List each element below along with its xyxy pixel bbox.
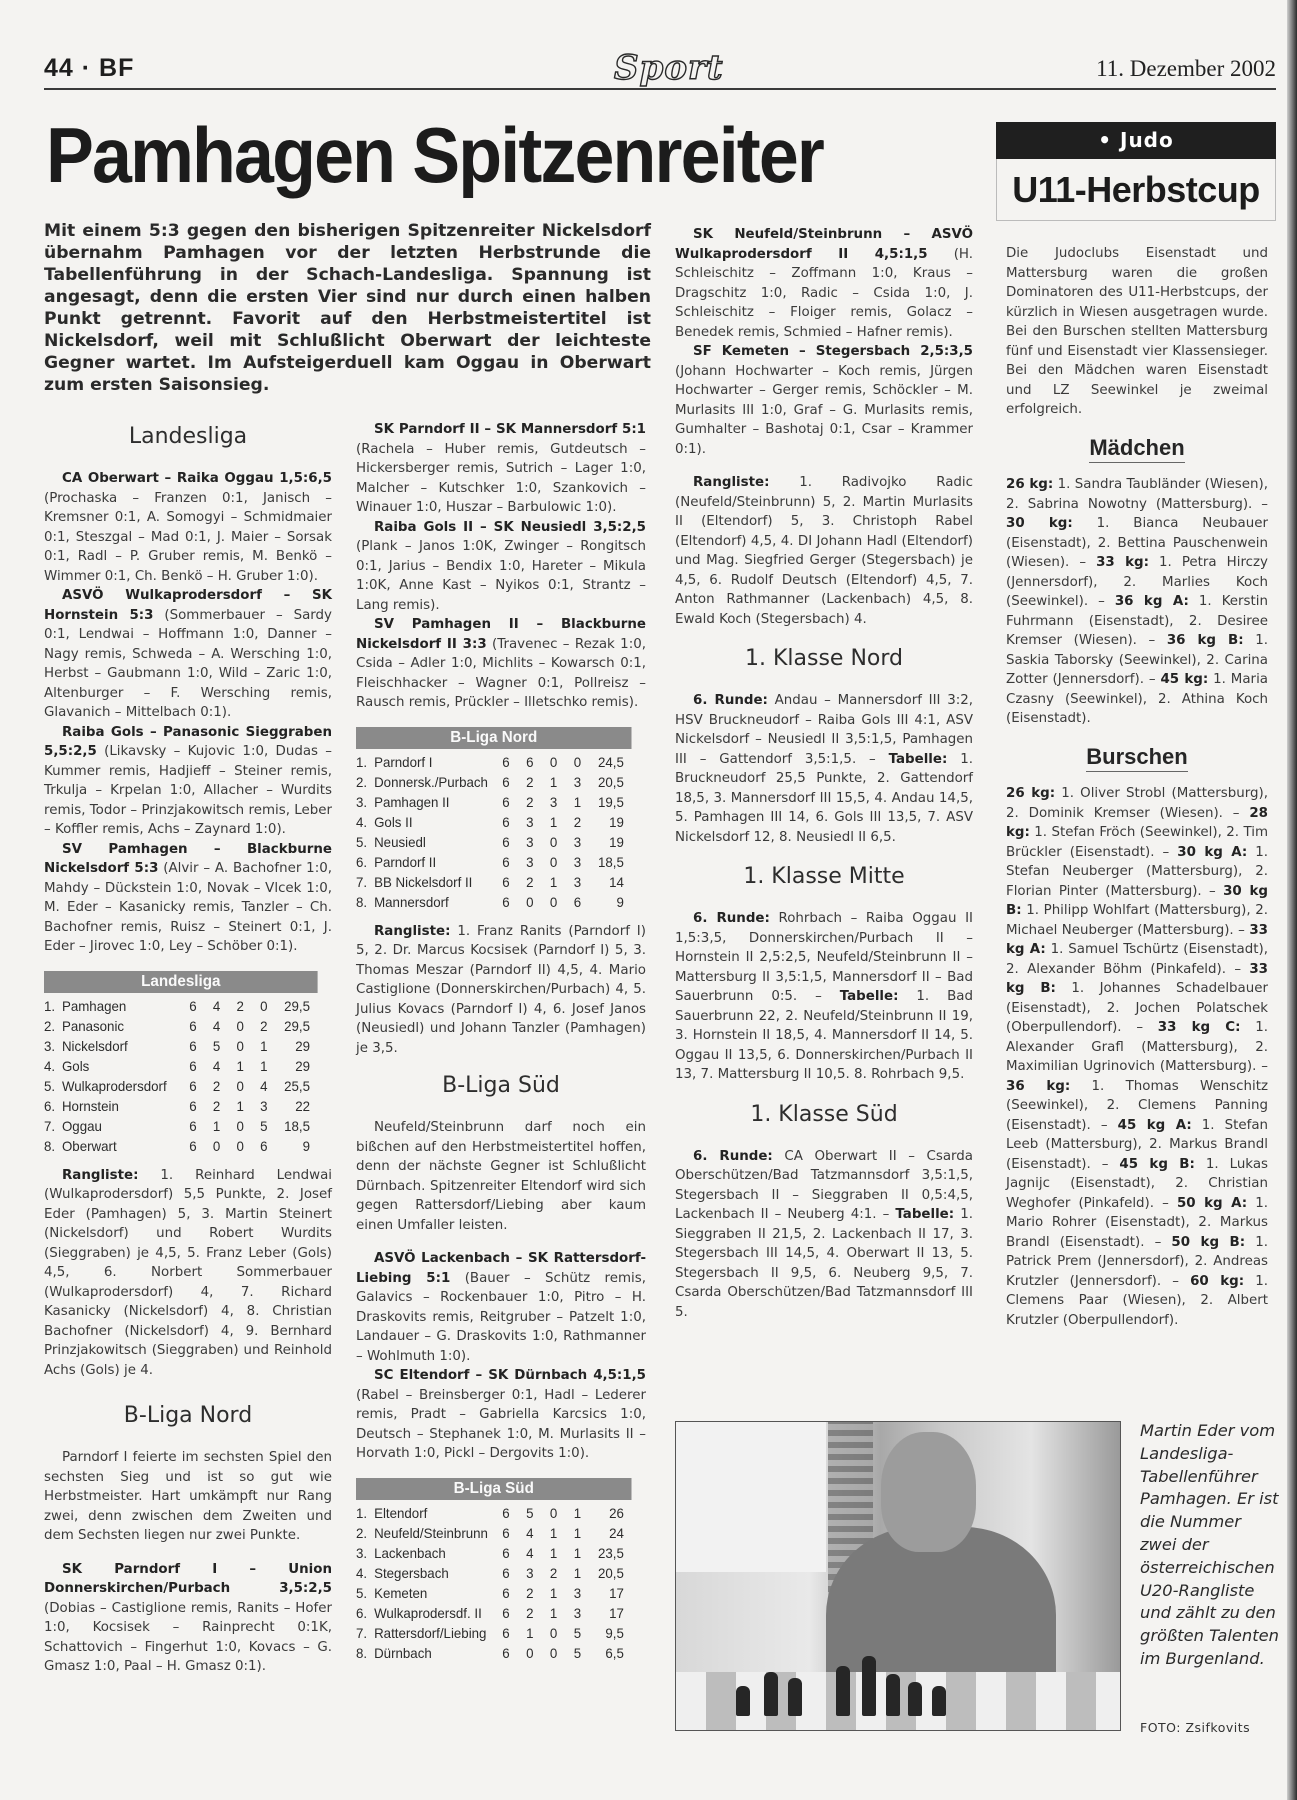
points: 20,5 [589, 772, 631, 792]
tabelle-label: Tabelle: [840, 989, 899, 1004]
won: 6 [518, 752, 542, 772]
lead-paragraph: Mit einem 5:3 gegen den bisherigen Spitz… [44, 220, 651, 396]
team: Oberwart [62, 1136, 181, 1156]
drawn: 0 [542, 892, 566, 912]
result-text: 1. Philipp Wohlfart (Mattersburg), 2. Mi… [1006, 903, 1268, 938]
subhead-klasse-sued: 1. Klasse Süd [675, 1101, 973, 1129]
runde-label: 6. Runde: [693, 1149, 773, 1164]
points: 17 [589, 1583, 631, 1603]
issue-date: 11. Dezember 2002 [1096, 56, 1276, 82]
chess-piece-icon [764, 1672, 778, 1716]
section-logo: Sport [614, 48, 724, 88]
tabelle-label: Tabelle: [895, 1207, 954, 1222]
chess-piece-icon [788, 1678, 802, 1716]
won: 4 [205, 1016, 229, 1036]
table-row: 8.Dürnbach60056,5 [356, 1643, 632, 1663]
rangliste-bliga-sued: Rangliste: 1. Radivojko Radic (Neufeld/S… [675, 473, 973, 629]
played: 6 [494, 832, 518, 852]
team: Pamhagen II [374, 792, 494, 812]
game-match: SC Eltendorf – SK Dürnbach 4,5:1,5 [374, 1368, 646, 1383]
team: Pamhagen [62, 996, 181, 1016]
game-report: SV Pamhagen – Blackburne Nickelsdorf 5:3… [44, 840, 332, 957]
game-details: (Johann Hochwarter – Koch remis, Jürgen … [675, 364, 973, 457]
rank: 7. [356, 872, 374, 892]
weight-class: 26 kg: [1006, 786, 1055, 801]
played: 6 [494, 1603, 518, 1623]
won: 2 [205, 1076, 229, 1096]
played: 6 [494, 752, 518, 772]
drawn: 0 [228, 1136, 252, 1156]
game-report: SC Eltendorf – SK Dürnbach 4,5:1,5 (Rabe… [356, 1366, 646, 1464]
chess-piece-icon [932, 1686, 946, 1716]
subhead-klasse-nord: 1. Klasse Nord [675, 645, 973, 673]
game-report: ASVÖ Wulkaprodersdorf – SK Hornstein 5:3… [44, 586, 332, 723]
table-row: 7.BB Nickelsdorf II621314 [356, 872, 632, 892]
won: 4 [518, 1523, 542, 1543]
table-row: 2.Panasonic640229,5 [44, 1016, 318, 1036]
team: Rattersdorf/Liebing [374, 1623, 494, 1643]
lost: 3 [566, 1603, 590, 1623]
rank: 1. [356, 1503, 374, 1523]
points: 18,5 [276, 1116, 318, 1136]
standings-table-landesliga: Landesliga 1.Pamhagen642029,5 2.Panasoni… [44, 971, 318, 1156]
column-3: SK Neufeld/Steinbrunn – ASVÖ Wulkaproder… [675, 225, 973, 1322]
subhead-maedchen: Mädchen [1006, 438, 1268, 462]
played: 6 [494, 872, 518, 892]
drawn: 1 [542, 1543, 566, 1563]
rangliste-landesliga: Rangliste: 1. Reinhard Lendwai (Wulkapro… [44, 1166, 332, 1381]
drawn: 0 [228, 1016, 252, 1036]
tabelle-text: 1. Sieggraben II 21,5, 2. Lackenbach II … [675, 1207, 973, 1320]
table-row: 5.Kemeten621317 [356, 1583, 632, 1603]
drawn: 0 [542, 1503, 566, 1523]
points: 19 [589, 812, 631, 832]
weight-class: 36 kg A: [1115, 594, 1189, 609]
points: 22 [276, 1096, 318, 1116]
table-row: 4.Gols II631219 [356, 812, 632, 832]
points: 6,5 [589, 1643, 631, 1663]
played: 6 [494, 852, 518, 872]
rank: 3. [356, 1543, 374, 1563]
played: 6 [494, 792, 518, 812]
played: 6 [494, 772, 518, 792]
won: 4 [205, 1056, 229, 1076]
won: 3 [518, 1563, 542, 1583]
table-row: 2.Donnersk./Purbach621320,5 [356, 772, 632, 792]
lost: 2 [566, 812, 590, 832]
chess-piece-icon [736, 1686, 750, 1716]
weight-class: 33 kg: [1096, 555, 1149, 570]
won: 4 [518, 1543, 542, 1563]
won: 0 [518, 1643, 542, 1663]
won: 0 [205, 1136, 229, 1156]
team: Eltendorf [374, 1503, 494, 1523]
rank: 7. [356, 1623, 374, 1643]
table-row: 6.Parndorf II630318,5 [356, 852, 632, 872]
rank: 5. [356, 1583, 374, 1603]
drawn: 0 [542, 1643, 566, 1663]
points: 9,5 [589, 1623, 631, 1643]
table-row: 3.Lackenbach641123,5 [356, 1543, 632, 1563]
drawn: 1 [228, 1056, 252, 1076]
rangliste-label: Rangliste: [374, 924, 450, 939]
points: 17 [589, 1603, 631, 1623]
page-number: 44 · BF [44, 54, 134, 83]
result-text: 1. Samuel Tschürtz (Eisenstadt), 2. Alex… [1006, 942, 1268, 977]
team: Neufeld/Steinbrunn [374, 1523, 494, 1543]
team: Gols II [374, 812, 494, 832]
team: Stegersbach [374, 1563, 494, 1583]
masthead: 44 · BF Sport 11. Dezember 2002 [44, 48, 1276, 90]
won: 2 [518, 772, 542, 792]
chess-piece-icon [836, 1666, 850, 1716]
game-details: (Rabel – Breinsberger 0:1, Hadl – Ledere… [356, 1388, 646, 1462]
photo-caption: Martin Eder vom Landesliga-Tabellenführe… [1140, 1420, 1280, 1671]
weight-class: 36 kg: [1006, 1079, 1070, 1094]
played: 6 [494, 1523, 518, 1543]
subhead-bliga-nord: B-Liga Nord [44, 1402, 332, 1430]
points: 24 [589, 1523, 631, 1543]
lost: 1 [252, 1056, 276, 1076]
played: 6 [181, 1096, 205, 1116]
lost: 1 [252, 1036, 276, 1056]
column-2: SK Parndorf II – SK Mannersdorf 5:1 (Rac… [356, 420, 646, 1673]
klasse-nord-report: 6. Runde: Andau – Mannersdorf III 3:2, H… [675, 691, 973, 847]
points: 26 [589, 1503, 631, 1523]
drawn: 1 [542, 812, 566, 832]
table-row: 6.Hornstein621322 [44, 1096, 318, 1116]
won: 5 [205, 1036, 229, 1056]
game-match: CA Oberwart – Raika Oggau 1,5:6,5 [62, 471, 332, 486]
drawn: 0 [542, 1623, 566, 1643]
chess-piece-icon [908, 1682, 922, 1716]
runde-label: 6. Runde: [693, 911, 770, 926]
played: 6 [181, 996, 205, 1016]
table-row: 4.Gols641129 [44, 1056, 318, 1076]
drawn: 0 [228, 1116, 252, 1136]
team: Gols [62, 1056, 181, 1076]
rank: 6. [44, 1096, 62, 1116]
team: Lackenbach [374, 1543, 494, 1563]
game-report: SK Parndorf II – SK Mannersdorf 5:1 (Rac… [356, 420, 646, 518]
game-match: SF Kemeten – Stegersbach 2,5:3,5 [693, 344, 973, 359]
lost: 3 [566, 852, 590, 872]
subhead-bliga-sued: B-Liga Süd [356, 1072, 646, 1100]
weight-class: 50 kg B: [1171, 1235, 1245, 1250]
team: Dürnbach [374, 1643, 494, 1663]
rank: 8. [356, 1643, 374, 1663]
won: 2 [518, 872, 542, 892]
points: 25,5 [276, 1076, 318, 1096]
points: 19 [589, 832, 631, 852]
played: 6 [181, 1116, 205, 1136]
subhead-burschen-label: Burschen [1086, 744, 1187, 772]
rank: 4. [44, 1056, 62, 1076]
table-row: 4.Stegersbach632120,5 [356, 1563, 632, 1583]
runde-label: 6. Runde: [693, 693, 768, 708]
drawn: 1 [228, 1096, 252, 1116]
lost: 1 [566, 1563, 590, 1583]
game-report: Raiba Gols – Panasonic Sieggraben 5,5:2,… [44, 723, 332, 840]
won: 2 [518, 792, 542, 812]
weight-class: 45 kg: [1160, 672, 1208, 687]
team: Kemeten [374, 1583, 494, 1603]
photo-window [676, 1422, 826, 1572]
rangliste-label: Rangliste: [693, 475, 769, 490]
rank: 8. [44, 1136, 62, 1156]
table-row: 6.Wulkaprodersdf. II621317 [356, 1603, 632, 1623]
team: Wulkaprodersdf. II [374, 1603, 494, 1623]
results-maedchen: 26 kg: 1. Sandra Taubländer (Wiesen), 2.… [1006, 475, 1268, 729]
weight-class: 50 kg A: [1177, 1196, 1247, 1211]
played: 6 [494, 1623, 518, 1643]
column-1: Landesliga CA Oberwart – Raika Oggau 1,5… [44, 415, 332, 1677]
rank: 2. [44, 1016, 62, 1036]
standings-table-bliga-nord: B-Liga Nord 1.Parndorf I660024,5 2.Donne… [356, 727, 632, 912]
drawn: 1 [542, 1523, 566, 1543]
bliga-sued-intro: Neufeld/Steinbrunn darf noch ein bißchen… [356, 1118, 646, 1235]
judo-section-band: • Judo [996, 122, 1276, 159]
team: Donnersk./Purbach [374, 772, 494, 792]
played: 6 [494, 812, 518, 832]
subhead-klasse-mitte: 1. Klasse Mitte [675, 863, 973, 891]
points: 18,5 [589, 852, 631, 872]
points: 19,5 [589, 792, 631, 812]
game-report: SK Neufeld/Steinbrunn – ASVÖ Wulkaproder… [675, 225, 973, 342]
table-row: 7.Rattersdorf/Liebing61059,5 [356, 1623, 632, 1643]
won: 3 [518, 812, 542, 832]
klasse-mitte-report: 6. Runde: Rohrbach – Raiba Oggau II 1,5:… [675, 909, 973, 1085]
team: Neusiedl [374, 832, 494, 852]
game-report: Raiba Gols II – SK Neusiedl 3,5:2,5 (Pla… [356, 518, 646, 616]
game-match: SK Parndorf II – SK Mannersdorf 5:1 [374, 422, 646, 437]
drawn: 0 [542, 752, 566, 772]
weight-class: 36 kg B: [1167, 633, 1244, 648]
lost: 3 [566, 772, 590, 792]
rank: 3. [356, 792, 374, 812]
table-row: 2.Neufeld/Steinbrunn641124 [356, 1523, 632, 1543]
played: 6 [494, 1583, 518, 1603]
rank: 1. [356, 752, 374, 772]
lost: 6 [566, 892, 590, 912]
lost: 3 [566, 1583, 590, 1603]
team: BB Nickelsdorf II [374, 872, 494, 892]
played: 6 [494, 1643, 518, 1663]
lost: 1 [566, 1523, 590, 1543]
tabelle-label: Tabelle: [889, 752, 948, 767]
table-row: 1.Eltendorf650126 [356, 1503, 632, 1523]
played: 6 [181, 1056, 205, 1076]
table-row: 3.Nickelsdorf650129 [44, 1036, 318, 1056]
lost: 1 [566, 1543, 590, 1563]
weight-class: 33 kg C: [1158, 1020, 1241, 1035]
lost: 1 [566, 1503, 590, 1523]
played: 6 [494, 892, 518, 912]
game-details: (Prochaska – Franzen 0:1, Janisch – Krem… [44, 491, 332, 584]
rank: 1. [44, 996, 62, 1016]
judo-title: U11-Herbstcup [996, 159, 1276, 221]
table-title: B-Liga Süd [356, 1478, 632, 1500]
table-row: 5.Wulkaprodersdorf620425,5 [44, 1076, 318, 1096]
headline: Pamhagen Spitzenreiter [46, 110, 823, 201]
game-details: (Sommerbauer – Sardy 0:1, Lendwai – Hoff… [44, 608, 332, 721]
won: 0 [518, 892, 542, 912]
drawn: 1 [542, 1583, 566, 1603]
lost: 3 [566, 872, 590, 892]
judo-box: • Judo U11-Herbstcup [996, 122, 1276, 221]
table-row: 8.Oberwart60069 [44, 1136, 318, 1156]
table-row: 8.Mannersdorf60069 [356, 892, 632, 912]
lost: 5 [566, 1643, 590, 1663]
points: 29 [276, 1056, 318, 1076]
game-report: SF Kemeten – Stegersbach 2,5:3,5 (Johann… [675, 342, 973, 459]
points: 9 [589, 892, 631, 912]
played: 6 [181, 1036, 205, 1056]
chess-piece-icon [862, 1656, 876, 1716]
rank: 7. [44, 1116, 62, 1136]
rangliste-text: 1. Reinhard Lendwai (Wulkaprodersdorf) 5… [44, 1168, 332, 1378]
played: 6 [494, 1503, 518, 1523]
played: 6 [494, 1543, 518, 1563]
won: 1 [205, 1116, 229, 1136]
rank: 4. [356, 812, 374, 832]
rank: 4. [356, 1563, 374, 1583]
points: 29,5 [276, 996, 318, 1016]
team: Panasonic [62, 1016, 181, 1036]
weight-class: 30 kg A: [1177, 845, 1247, 860]
table-row: 7.Oggau610518,5 [44, 1116, 318, 1136]
lost: 0 [252, 996, 276, 1016]
chess-player-photo [675, 1421, 1121, 1731]
game-details: (Plank – Janos 1:0K, Zwinger – Rongitsch… [356, 539, 646, 613]
lost: 6 [252, 1136, 276, 1156]
rank: 6. [356, 1603, 374, 1623]
photo-credit: FOTO: Zsifkovits [1140, 1720, 1250, 1735]
points: 29,5 [276, 1016, 318, 1036]
rangliste-label: Rangliste: [62, 1168, 138, 1183]
table-row: 5.Neusiedl630319 [356, 832, 632, 852]
team: Mannersdorf [374, 892, 494, 912]
lost: 1 [566, 792, 590, 812]
game-details: (Rachela – Huber remis, Gutdeutsch – Hic… [356, 442, 646, 516]
standings-table-bliga-sued: B-Liga Süd 1.Eltendorf650126 2.Neufeld/S… [356, 1478, 632, 1663]
weight-class: 30 kg: [1006, 516, 1073, 531]
game-report: SK Parndorf I – Union Donnerskirchen/Pur… [44, 1560, 332, 1677]
lost: 5 [566, 1623, 590, 1643]
drawn: 0 [542, 832, 566, 852]
game-match: Raiba Gols II – SK Neusiedl 3,5:2,5 [374, 520, 646, 535]
points: 29 [276, 1036, 318, 1056]
game-report: SV Pamhagen II – Blackburne Nickelsdorf … [356, 615, 646, 713]
points: 24,5 [589, 752, 631, 772]
team: Parndorf II [374, 852, 494, 872]
team: Parndorf I [374, 752, 494, 772]
team: Wulkaprodersdorf [62, 1076, 181, 1096]
chess-piece-icon [886, 1674, 900, 1716]
rank: 8. [356, 892, 374, 912]
played: 6 [494, 1563, 518, 1583]
klasse-sued-report: 6. Runde: CA Oberwart II – Csarda Obersc… [675, 1147, 973, 1323]
lost: 0 [566, 752, 590, 772]
rank: 2. [356, 772, 374, 792]
won: 2 [518, 1583, 542, 1603]
table-row: 1.Parndorf I660024,5 [356, 752, 632, 772]
drawn: 2 [542, 1563, 566, 1583]
drawn: 1 [542, 772, 566, 792]
drawn: 3 [542, 792, 566, 812]
won: 3 [518, 852, 542, 872]
rank: 2. [356, 1523, 374, 1543]
table-title: B-Liga Nord [356, 727, 632, 749]
won: 2 [518, 1603, 542, 1623]
won: 2 [205, 1096, 229, 1116]
team: Hornstein [62, 1096, 181, 1116]
judo-intro: Die Judoclubs Eisenstadt und Mattersburg… [1006, 244, 1268, 420]
won: 4 [205, 996, 229, 1016]
played: 6 [181, 1016, 205, 1036]
rank: 5. [44, 1076, 62, 1096]
table-row: 3.Pamhagen II623119,5 [356, 792, 632, 812]
subhead-maedchen-label: Mädchen [1089, 435, 1184, 463]
game-report: ASVÖ Lackenbach – SK Rattersdorf-Liebing… [356, 1249, 646, 1366]
won: 5 [518, 1503, 542, 1523]
rangliste-text: 1. Radivojko Radic (Neufeld/Steinbrunn) … [675, 475, 973, 627]
points: 23,5 [589, 1543, 631, 1563]
rank: 5. [356, 832, 374, 852]
points: 14 [589, 872, 631, 892]
won: 1 [518, 1623, 542, 1643]
lost: 3 [252, 1096, 276, 1116]
drawn: 1 [542, 1603, 566, 1623]
page-edge-shadow [1287, 0, 1297, 1800]
results-burschen: 26 kg: 1. Oliver Strobl (Mattersburg), 2… [1006, 784, 1268, 1330]
team: Oggau [62, 1116, 181, 1136]
weight-class: 60 kg: [1190, 1274, 1244, 1289]
points: 9 [276, 1136, 318, 1156]
weight-class: 45 kg A: [1118, 1118, 1192, 1133]
game-details: (Dobias – Castiglione remis, Ranits – Ho… [44, 1601, 332, 1675]
drawn: 0 [228, 1036, 252, 1056]
rank: 3. [44, 1036, 62, 1056]
lost: 3 [566, 832, 590, 852]
played: 6 [181, 1076, 205, 1096]
weight-class: 26 kg: [1006, 477, 1053, 492]
drawn: 1 [542, 872, 566, 892]
points: 20,5 [589, 1563, 631, 1583]
rangliste-bliga-nord: Rangliste: 1. Franz Ranits (Parndorf I) … [356, 922, 646, 1059]
drawn: 2 [228, 996, 252, 1016]
table-row: 1.Pamhagen642029,5 [44, 996, 318, 1016]
lost: 2 [252, 1016, 276, 1036]
team: Nickelsdorf [62, 1036, 181, 1056]
masthead-rule [44, 88, 1276, 90]
won: 3 [518, 832, 542, 852]
rangliste-text: 1. Franz Ranits (Parndorf I) 5, 2. Dr. M… [356, 924, 646, 1056]
game-report: CA Oberwart – Raika Oggau 1,5:6,5 (Proch… [44, 469, 332, 586]
table-title: Landesliga [44, 971, 318, 993]
weight-class: 45 kg B: [1119, 1157, 1194, 1172]
drawn: 0 [228, 1076, 252, 1096]
game-match: SK Parndorf I – Union Donnerskirchen/Pur… [44, 1562, 332, 1597]
column-judo: Die Judoclubs Eisenstadt und Mattersburg… [1006, 244, 1268, 1330]
lost: 5 [252, 1116, 276, 1136]
played: 6 [181, 1136, 205, 1156]
bliga-nord-intro: Parndorf I feierte im sechsten Spiel den… [44, 1448, 332, 1546]
lost: 4 [252, 1076, 276, 1096]
subhead-landesliga: Landesliga [44, 423, 332, 451]
rank: 6. [356, 852, 374, 872]
subhead-burschen: Burschen [1006, 747, 1268, 771]
